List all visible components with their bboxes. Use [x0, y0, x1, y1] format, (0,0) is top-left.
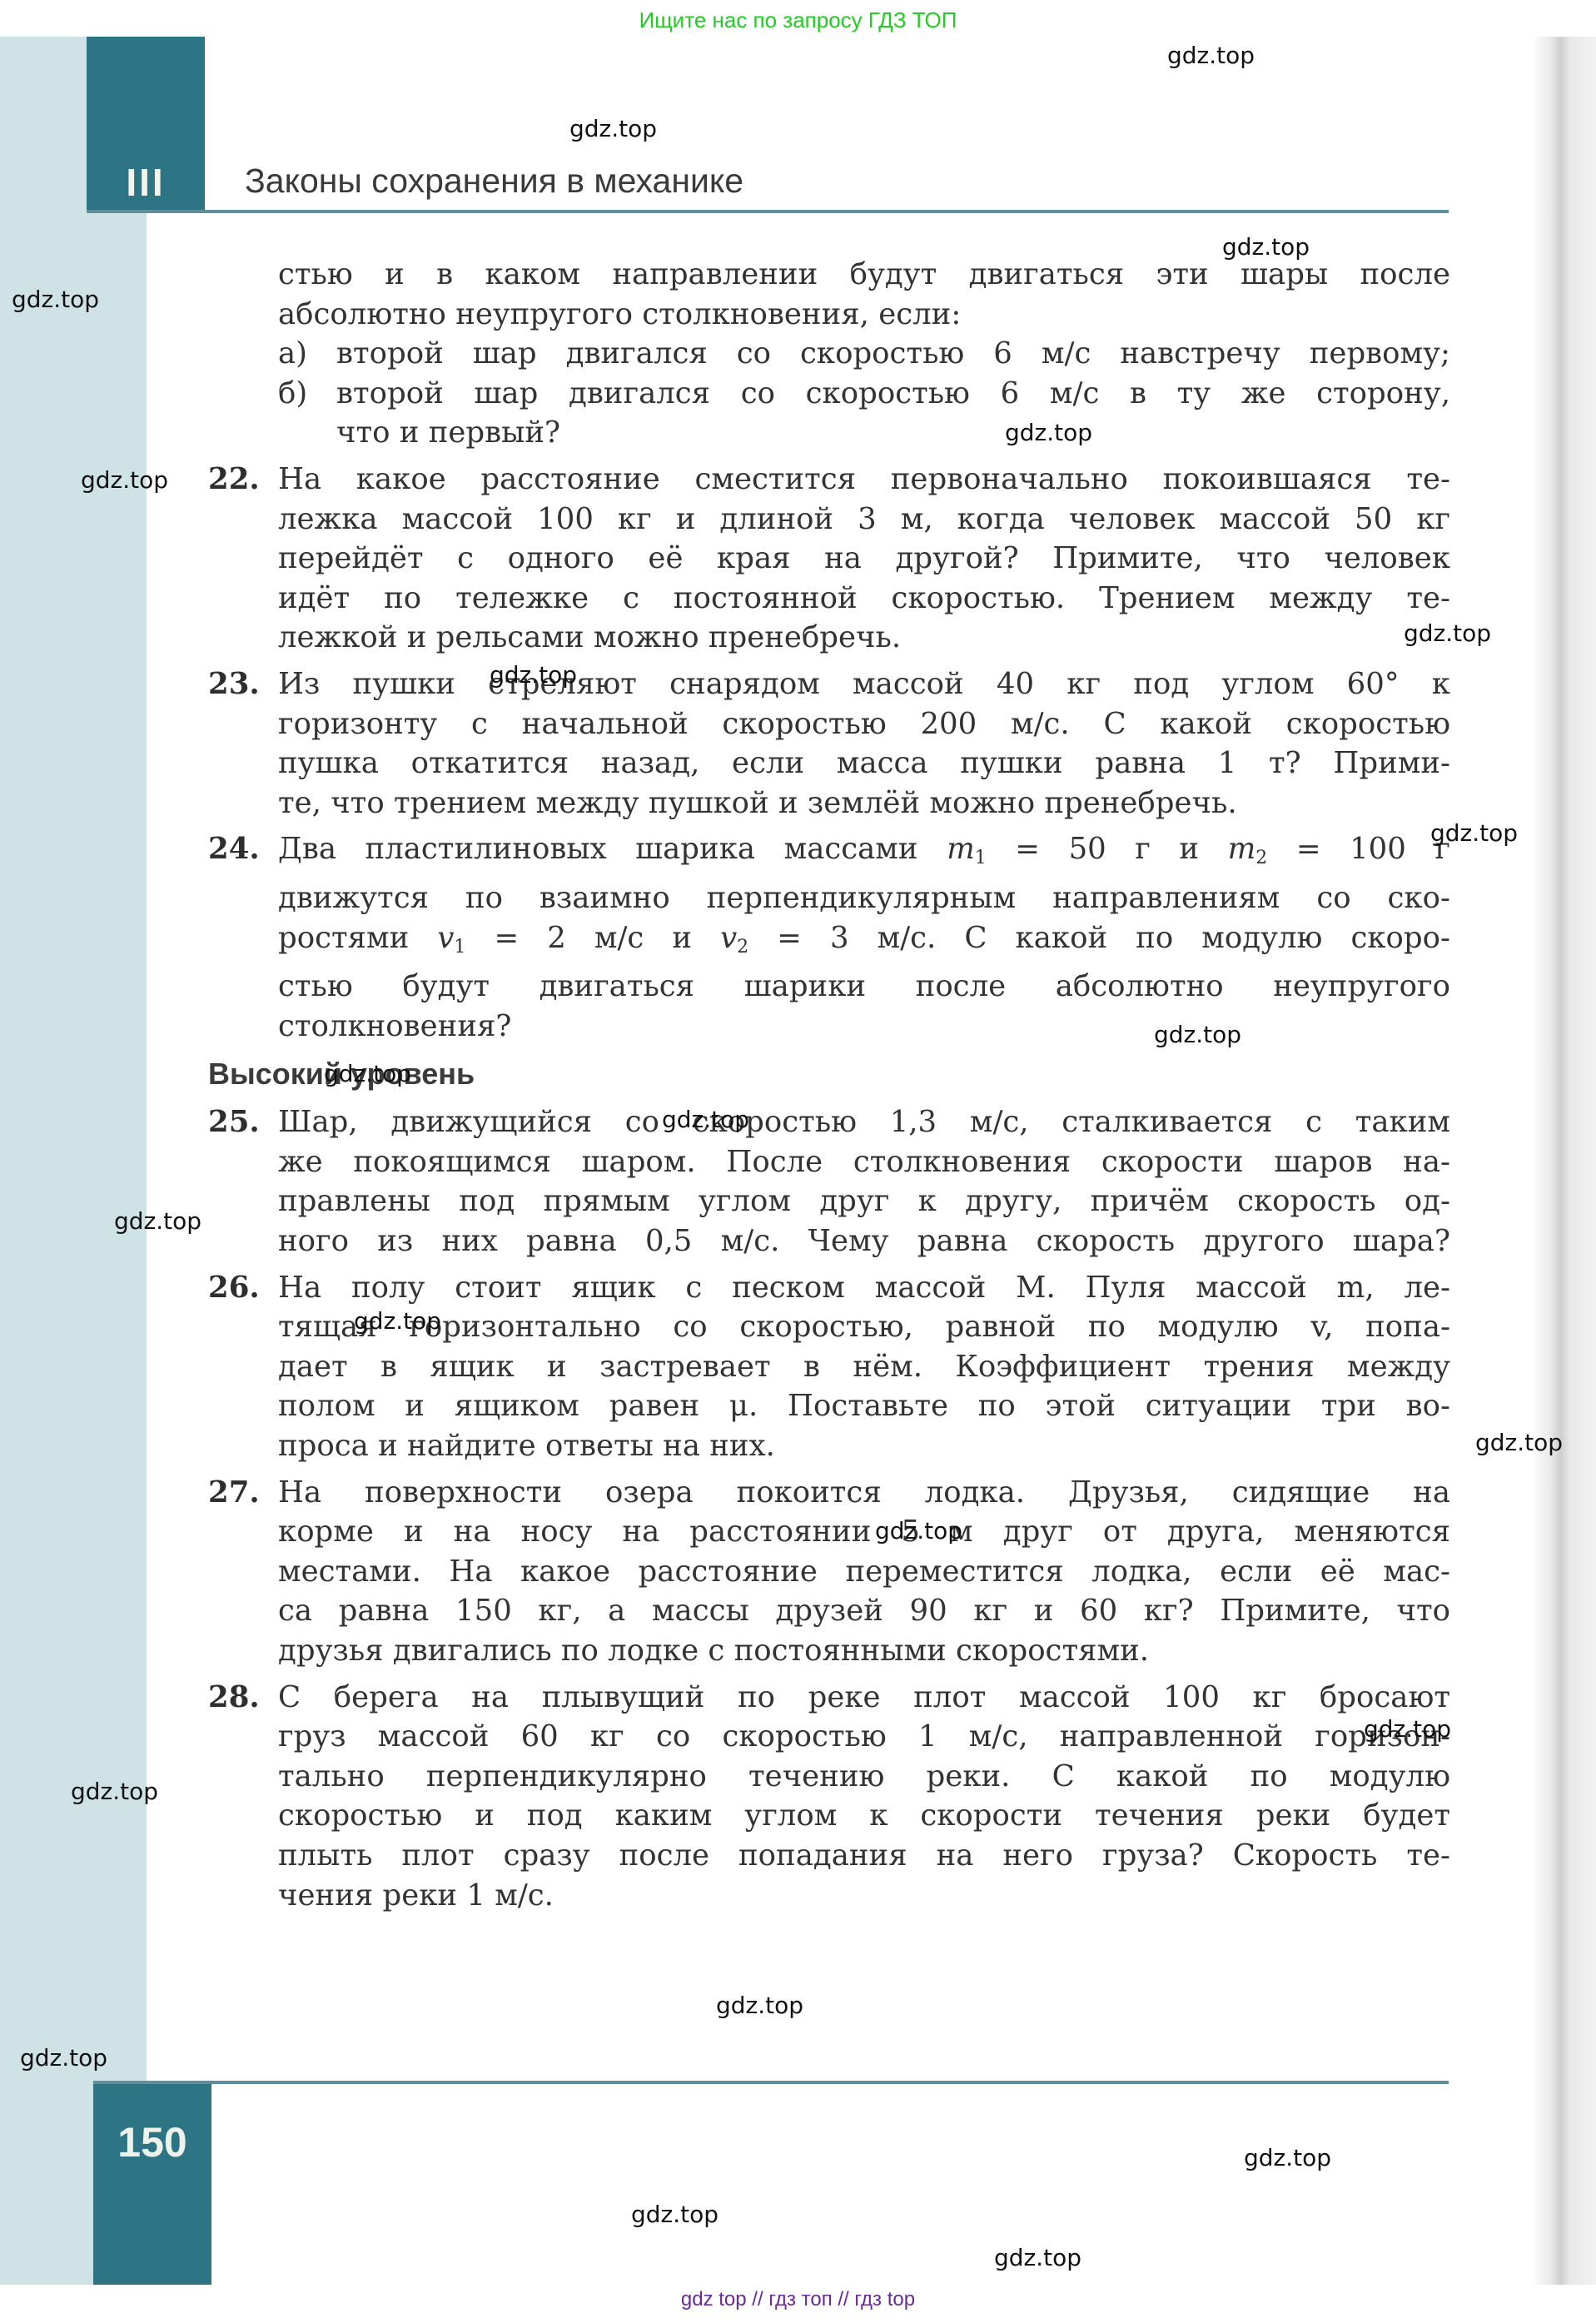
text-line: перейдёт с одного её края на другой? При… — [278, 539, 1450, 579]
watermark: gdz.top — [569, 115, 657, 142]
watermark: gdz.top — [12, 286, 99, 313]
watermark: gdz.top — [631, 2201, 718, 2228]
text-line: стью будут двигаться шарики после абсолю… — [278, 967, 1450, 1007]
problem-number: 24. — [208, 829, 260, 869]
problem-22: 22. На какое расстояние сместится первон… — [208, 460, 1450, 658]
textbook-page: III Законы сохранения в механике стью и … — [0, 37, 1596, 2285]
watermark: gdz.top — [1404, 619, 1491, 647]
text-line: корме и на носу на расстоянии 5 м друг о… — [278, 1512, 1450, 1552]
watermark: gdz.top — [1244, 2144, 1331, 2171]
text-fragment: = 100 г — [1267, 832, 1450, 866]
text-line: плыть плот сразу после попадания на него… — [278, 1836, 1450, 1876]
math-var-m: m — [947, 832, 975, 866]
text-line: ростями v1 = 2 м/с и v2 = 3 м/с. С какой… — [278, 918, 1450, 968]
watermark: gdz.top — [1222, 233, 1310, 261]
watermark: gdz.top — [114, 1207, 201, 1235]
text-line: Из пушки стреляют снарядом массой 40 кг … — [278, 664, 1450, 704]
watermark: gdz.top — [354, 1307, 441, 1335]
problem-number: 22. — [208, 460, 260, 500]
problem-25: 25. Шар, движущийся со скоростью 1,3 м/с… — [208, 1102, 1450, 1261]
text-line: друзья двигались по лодке с постоянными … — [278, 1631, 1450, 1671]
text-fragment: = 2 м/с и — [465, 921, 720, 955]
problem-number: 23. — [208, 664, 260, 704]
math-subscript: 2 — [1255, 848, 1267, 868]
text-line: второй шар двигался со скоростью 6 м/с н… — [336, 334, 1450, 374]
text-line: движутся по взаимно перпендикулярным нап… — [278, 878, 1450, 918]
page-content: стью и в каком направлении будут двигать… — [208, 255, 1450, 1922]
math-subscript: 1 — [975, 848, 987, 868]
page-number-tab — [93, 2084, 211, 2285]
watermark: gdz.top — [1154, 1021, 1241, 1048]
chapter-title: Законы сохранения в механике — [245, 162, 743, 201]
text-line: чения реки 1 м/с. — [278, 1876, 1450, 1916]
problem-23: 23. Из пушки стреляют снарядом массой 40… — [208, 664, 1450, 823]
problem-21-continuation: стью и в каком направлении будут двигать… — [208, 255, 1450, 453]
text-line: груз массой 60 кг со скоростью 1 м/с, на… — [278, 1717, 1450, 1757]
text-line: второй шар двигался со скоростью 6 м/с в… — [336, 374, 1450, 414]
text-fragment: Два пластилиновых шарика массами — [278, 832, 947, 866]
problem-number: 26. — [208, 1268, 260, 1308]
text-line: На какое расстояние сместится первоначал… — [278, 460, 1450, 500]
watermark: gdz.top — [994, 2244, 1081, 2271]
watermark: gdz.top — [875, 1517, 962, 1545]
watermark: gdz.top — [1167, 42, 1255, 69]
text-line: Два пластилиновых шарика массами m1 = 50… — [278, 829, 1450, 878]
text-line: правлены под прямым углом друг к другу, … — [278, 1181, 1450, 1221]
text-line: скоростью и под каким углом к скорости т… — [278, 1796, 1450, 1836]
sub-item-b: б) второй шар двигался со скоростью 6 м/… — [278, 374, 1450, 453]
sub-item-a: а) второй шар двигался со скоростью 6 м/… — [278, 334, 1450, 374]
problem-28: 28. С берега на плывущий по реке плот ма… — [208, 1678, 1450, 1916]
footer-rule — [93, 2081, 1449, 2084]
page-number: 150 — [93, 2118, 211, 2166]
problem-number: 27. — [208, 1473, 260, 1513]
text-line: абсолютно неупругого столкновения, если: — [278, 295, 1450, 335]
watermark: gdz.top — [1005, 419, 1092, 446]
math-subscript: 1 — [454, 937, 465, 958]
top-banner: Ищите нас по запросу ГДЗ ТОП — [0, 3, 1596, 37]
text-line: На поверхности озера покоится лодка. Дру… — [278, 1473, 1450, 1513]
problem-26: 26. На полу стоит ящик с песком массой M… — [208, 1268, 1450, 1466]
watermark: gdz.top — [324, 1060, 411, 1087]
text-line: лежкой и рельсами можно пренебречь. — [278, 618, 1450, 658]
math-var-v: v — [720, 921, 737, 955]
text-line: идёт по тележке с постоянной скоростью. … — [278, 579, 1450, 619]
text-line: проса и найдите ответы на них. — [278, 1426, 1450, 1466]
text-line: стью и в каком направлении будут двигать… — [278, 255, 1450, 295]
problem-24: 24. Два пластилиновых шарика массами m1 … — [208, 829, 1450, 1046]
watermark: gdz.top — [490, 661, 577, 689]
watermark: gdz.top — [71, 1778, 158, 1805]
text-line: местами. На какое расстояние переместитс… — [278, 1552, 1450, 1592]
text-line: что и первый? — [336, 413, 1450, 453]
math-subscript: 2 — [737, 937, 748, 958]
bottom-banner: gdz top // гдз топ // гдз top — [0, 2288, 1596, 2311]
text-line: полом и ящиком равен μ. Поставьте по это… — [278, 1386, 1450, 1426]
sub-item-label: а) — [278, 334, 307, 374]
sub-item-label: б) — [278, 374, 307, 414]
text-fragment: ростями — [278, 921, 437, 955]
watermark: gdz.top — [1364, 1715, 1451, 1743]
problem-number: 28. — [208, 1678, 260, 1718]
problem-number: 25. — [208, 1102, 260, 1142]
text-fragment: = 50 г и — [987, 832, 1228, 866]
text-line: На полу стоит ящик с песком массой M. Пу… — [278, 1268, 1450, 1308]
text-line: те, что трением между пушкой и землёй мо… — [278, 783, 1450, 823]
text-line: са равна 150 кг, а массы друзей 90 кг и … — [278, 1591, 1450, 1631]
text-line: столкновения? — [278, 1007, 1450, 1047]
problem-27: 27. На поверхности озера покоится лодка.… — [208, 1473, 1450, 1671]
text-line: пушка откатится назад, если масса пушки … — [278, 744, 1450, 783]
text-line: Шар, движущийся со скоростью 1,3 м/с, ст… — [278, 1102, 1450, 1142]
text-line: дает в ящик и застревает в нём. Коэффици… — [278, 1347, 1450, 1387]
watermark: gdz.top — [662, 1106, 749, 1133]
text-line: ного из них равна 0,5 м/с. Чему равна ск… — [278, 1221, 1450, 1261]
text-line: же покоящимся шаром. После столкновения … — [278, 1142, 1450, 1182]
watermark: gdz.top — [1475, 1429, 1563, 1456]
text-line: лежка массой 100 кг и длиной 3 м, когда … — [278, 500, 1450, 540]
watermark: gdz.top — [1430, 819, 1518, 847]
text-line: горизонту с начальной скоростью 200 м/с.… — [278, 704, 1450, 744]
watermark: gdz.top — [20, 2044, 107, 2072]
text-fragment: = 3 м/с. С какой по модулю скоро- — [748, 921, 1450, 955]
math-var-v: v — [437, 921, 454, 955]
text-line: С берега на плывущий по реке плот массой… — [278, 1678, 1450, 1718]
text-line: тящая горизонтально со скоростью, равной… — [278, 1307, 1450, 1347]
header-rule — [87, 210, 1449, 213]
math-var-m: m — [1228, 832, 1256, 866]
text-line: тально перпендикулярно течению реки. С к… — [278, 1757, 1450, 1797]
left-margin — [0, 37, 147, 2285]
chapter-number: III — [87, 160, 205, 205]
page-gutter-shadow — [1532, 37, 1596, 2285]
watermark: gdz.top — [716, 1992, 803, 2019]
watermark: gdz.top — [81, 466, 168, 494]
